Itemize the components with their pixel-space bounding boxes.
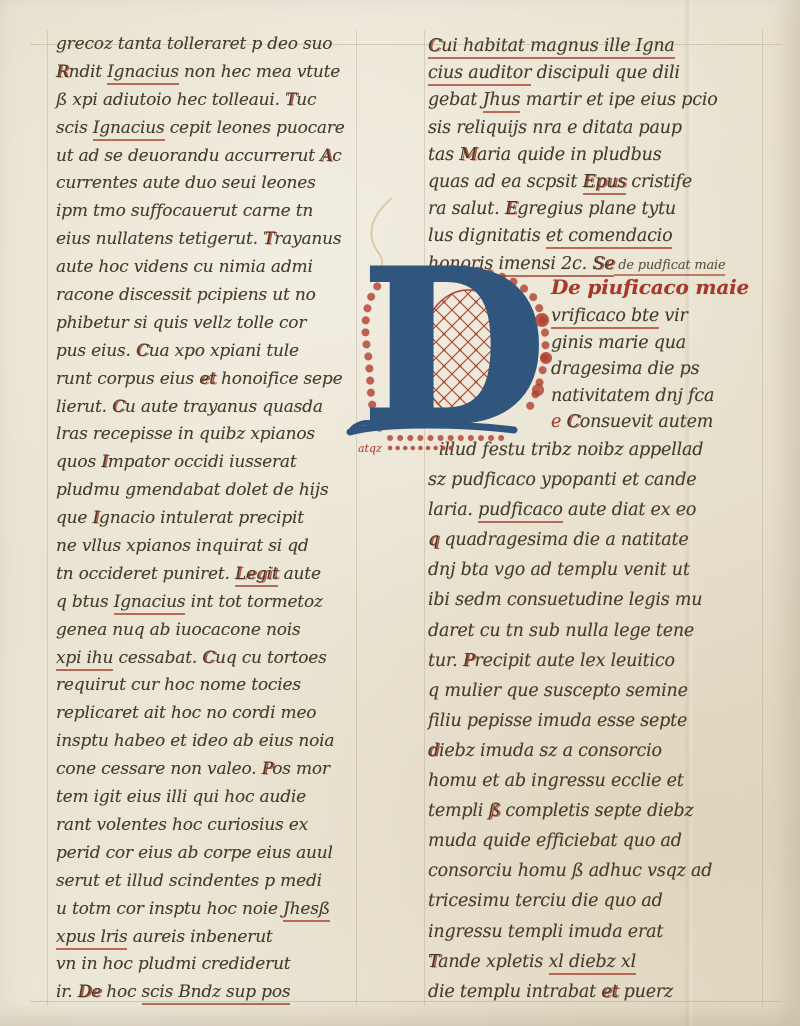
text-segment: lras recepisse in quibz xpianos bbox=[56, 424, 315, 444]
text-segment: uq cu tortoes bbox=[215, 648, 327, 668]
manuscript-line: vn in hoc pludmi crediderut bbox=[56, 954, 358, 982]
manuscript-line: tn occideret puniret. Legit aute bbox=[56, 564, 358, 592]
text-segment: runt corpus eius bbox=[56, 369, 199, 389]
manuscript-line: vrificaco bte vir bbox=[551, 306, 771, 333]
text-segment: E bbox=[505, 199, 518, 219]
manuscript-line: laria. pudficaco aute diat ex eo bbox=[428, 500, 772, 530]
text-segment: ndit bbox=[69, 62, 108, 82]
manuscript-line: runt corpus eius et honoifice sepe bbox=[56, 369, 358, 397]
manuscript-line: die templu intrabat et puerz bbox=[428, 982, 772, 1012]
manuscript-line: Tande xpletis xl diebz xl bbox=[428, 952, 772, 982]
manuscript-line: pus eius. Cua xpo xpiani tule bbox=[56, 341, 358, 369]
text-segment: ut ad se deuorandu accurrerut bbox=[56, 146, 320, 166]
text-segment: ß xpi adiutoio hec tolleaui. bbox=[56, 90, 285, 110]
manuscript-line: currentes aute duo seui leones bbox=[56, 173, 358, 201]
text-segment: aute diat ex eo bbox=[563, 500, 697, 520]
text-segment: honoifice sepe bbox=[216, 369, 343, 389]
text-segment: laria. bbox=[428, 500, 478, 520]
manuscript-line: ingressu templi imuda erat bbox=[428, 922, 772, 952]
ruling-line bbox=[47, 30, 48, 1006]
text-segment: templi bbox=[428, 801, 489, 821]
manuscript-line: replicaret ait hoc no cordi meo bbox=[56, 703, 358, 731]
text-segment: ß bbox=[489, 801, 501, 821]
text-segment: Jhus bbox=[483, 90, 521, 113]
text-segment: requirut cur hoc nome tocies bbox=[56, 675, 301, 695]
manuscript-line: requirut cur hoc nome tocies bbox=[56, 675, 358, 703]
text-segment: die templu intrabat bbox=[428, 982, 601, 1002]
manuscript-line: sis reliquijs nra e ditata paup bbox=[428, 118, 768, 145]
text-segment: et bbox=[601, 982, 618, 1002]
text-segment: ibi sedm consuetudine legis mu bbox=[428, 590, 702, 610]
text-segment: ginis marie qua bbox=[551, 333, 686, 353]
text-segment: Ignacius bbox=[114, 592, 186, 615]
text-segment: grecoz tanta tolleraret p deo suo bbox=[56, 34, 332, 54]
text-segment: gregius plane tytu bbox=[517, 199, 676, 219]
text-segment: Ignacius bbox=[93, 118, 165, 141]
manuscript-line: tem igit eius illi qui hoc audie bbox=[56, 787, 358, 815]
text-segment: De piuficaco maie bbox=[551, 275, 749, 299]
manuscript-line: diebz imuda sz a consorcio bbox=[428, 741, 772, 771]
text-segment: q mulier que suscepto semine bbox=[428, 681, 688, 701]
text-segment: replicaret ait hoc no cordi meo bbox=[56, 703, 316, 723]
text-segment: c bbox=[332, 146, 341, 166]
manuscript-line: daret cu tn sub nulla lege tene bbox=[428, 621, 772, 651]
manuscript-line: serut et illud scindentes p medi bbox=[56, 871, 358, 899]
text-segment: cone cessare non valeo. bbox=[56, 759, 262, 779]
text-segment: quas ad ea scpsit bbox=[428, 172, 583, 192]
text-segment: P bbox=[262, 759, 273, 779]
text-segment: et comendacio bbox=[546, 226, 672, 249]
text-segment: eius nullatens tetigerut. bbox=[56, 229, 263, 249]
text-segment: discipuli que dili bbox=[531, 63, 680, 83]
text-segment: T bbox=[428, 952, 438, 972]
manuscript-line: gebat Jhus martir et ipe eius pcio bbox=[428, 90, 768, 117]
manuscript-line: lierut. Cu aute trayanus quasda bbox=[56, 397, 358, 425]
text-segment: vir bbox=[659, 306, 688, 326]
text-segment: ua xpo xpiani tule bbox=[149, 341, 299, 361]
text-segment: mpator occidi iusserat bbox=[108, 452, 297, 472]
manuscript-line: ir. De hoc scis Bndz sup pos bbox=[56, 982, 358, 1010]
manuscript-line: ipm tmo suffocauerut carne tn bbox=[56, 201, 358, 229]
text-segment: gebat bbox=[428, 90, 483, 110]
text-segment: cius auditor bbox=[428, 63, 531, 86]
text-segment: C bbox=[202, 648, 215, 668]
red-accent bbox=[540, 352, 552, 364]
manuscript-line: templi ß completis septe diebz bbox=[428, 801, 772, 831]
text-segment: vn in hoc pludmi crediderut bbox=[56, 954, 290, 974]
manuscript-line: que Ignacio intulerat precipit bbox=[56, 508, 358, 536]
red-accent bbox=[535, 313, 549, 327]
text-segment: u totm cor insptu hoc noie bbox=[56, 899, 283, 919]
manuscript-line: dragesima die ps bbox=[551, 359, 771, 386]
text-segment: cristife bbox=[626, 172, 692, 192]
manuscript-line: quos Impator occidi iusserat bbox=[56, 452, 358, 480]
text-segment: tur. bbox=[428, 651, 463, 671]
text-segment: ingressu templi imuda erat bbox=[428, 922, 663, 942]
text-segment: ne vllus xpianos inquirat si qd bbox=[56, 536, 309, 556]
text-segment: quos bbox=[56, 452, 101, 472]
text-segment: C bbox=[567, 412, 580, 432]
initial-indent-lines: vrificaco bte virginis marie quadragesim… bbox=[551, 306, 771, 439]
manuscript-line: tricesimu terciu die quo ad bbox=[428, 891, 772, 921]
text-segment: iebz imuda sz a consorcio bbox=[439, 741, 662, 761]
text-segment: aureis inbenerut bbox=[127, 927, 272, 947]
manuscript-line: tas Maria quide in pludbus bbox=[428, 145, 768, 172]
manuscript-line: phibetur si quis vellz tolle cor bbox=[56, 313, 358, 341]
text-segment: pludmu gmendabat dolet de hijs bbox=[56, 480, 328, 500]
text-segment: tem igit eius illi qui hoc audie bbox=[56, 787, 306, 807]
red-accent bbox=[532, 384, 544, 396]
manuscript-line: insptu habeo et ideo ab eius noia bbox=[56, 731, 358, 759]
text-segment: martir et ipe eius pcio bbox=[520, 90, 717, 110]
text-segment: perid cor eius ab corpe eius auul bbox=[56, 843, 333, 863]
text-segment: aute bbox=[278, 564, 320, 584]
manuscript-line: rant volentes hoc curiosius ex bbox=[56, 815, 358, 843]
text-segment: sz pudficaco ypopanti et cande bbox=[428, 470, 696, 490]
text-segment: racone discessit pcipiens ut no bbox=[56, 285, 316, 305]
text-segment: puerz bbox=[618, 982, 673, 1002]
text-segment: T bbox=[263, 229, 274, 249]
illuminated-initial-d: D atqz bbox=[356, 262, 560, 458]
manuscript-line: ibi sedm consuetudine legis mu bbox=[428, 590, 772, 620]
text-segment: daret cu tn sub nulla lege tene bbox=[428, 621, 694, 641]
text-segment: recipit aute lex leuitico bbox=[474, 651, 674, 671]
text-segment: que bbox=[56, 508, 93, 528]
manuscript-line: q btus Ignacius int tot tormetoz bbox=[56, 592, 358, 620]
text-segment: sis reliquijs nra e ditata paup bbox=[428, 118, 682, 138]
text-segment: u aute trayanus quasda bbox=[125, 397, 323, 417]
text-segment: gnacio intulerat precipit bbox=[99, 508, 304, 528]
text-segment: aria quide in pludbus bbox=[477, 145, 662, 165]
text-segment: os mor bbox=[272, 759, 330, 779]
manuscript-line: consorciu homu ß adhuc vsqz ad bbox=[428, 861, 772, 891]
text-segment: muda quide efficiebat quo ad bbox=[428, 831, 682, 851]
text-segment: tas bbox=[428, 145, 459, 165]
text-segment: Ignacius bbox=[107, 62, 179, 85]
text-segment: P bbox=[463, 651, 475, 671]
marginal-pen-note: atqz bbox=[358, 442, 382, 455]
text-segment: Se bbox=[592, 254, 614, 277]
text-segment: de pudficat maie bbox=[614, 258, 725, 276]
text-segment: aute hoc videns cu nimia admi bbox=[56, 257, 313, 277]
text-segment: homu et ab ingressu ecclie et bbox=[428, 771, 684, 791]
right-text-column-body: illud festu tribz noibz appelladsz pudfi… bbox=[428, 440, 772, 1012]
text-segment: xpus lris bbox=[56, 927, 127, 950]
text-segment: cessabat. bbox=[113, 648, 202, 668]
text-segment: nativitatem dnj fca bbox=[551, 386, 714, 406]
manuscript-page: grecoz tanta tolleraret p deo suoRndit I… bbox=[0, 0, 800, 1026]
text-segment: dnj bta vgo ad templu venit ut bbox=[428, 560, 690, 580]
manuscript-line: q mulier que suscepto semine bbox=[428, 681, 772, 711]
text-segment: scis Bndz sup pos bbox=[142, 982, 291, 1005]
manuscript-line: homu et ab ingressu ecclie et bbox=[428, 771, 772, 801]
manuscript-line: perid cor eius ab corpe eius auul bbox=[56, 843, 358, 871]
text-segment: C bbox=[112, 397, 125, 417]
text-segment: De bbox=[78, 982, 101, 1002]
text-segment: C bbox=[428, 36, 441, 59]
text-segment: cepit leones puocare bbox=[165, 118, 345, 138]
text-segment: tricesimu terciu die quo ad bbox=[428, 891, 663, 911]
ruling-line bbox=[424, 30, 425, 1006]
text-segment: phibetur si quis vellz tolle cor bbox=[56, 313, 306, 333]
initial-letter: D bbox=[362, 223, 546, 472]
manuscript-line: scis Ignacius cepit leones puocare bbox=[56, 118, 358, 146]
text-segment: ir. bbox=[56, 982, 78, 1002]
manuscript-line: e Consuevit autem bbox=[551, 412, 771, 439]
rubric-line: De piuficaco maie bbox=[551, 275, 771, 303]
text-segment: quadragesima die a natitate bbox=[444, 530, 688, 550]
manuscript-line: sz pudficaco ypopanti et cande bbox=[428, 470, 772, 500]
chapter-rubric: De piuficaco maie bbox=[551, 275, 771, 303]
text-segment: ui habitat magnus ille Igna bbox=[441, 36, 674, 59]
manuscript-line: tur. Precipit aute lex leuitico bbox=[428, 651, 772, 681]
manuscript-line: nativitatem dnj fca bbox=[551, 386, 771, 413]
manuscript-line: aute hoc videns cu nimia admi bbox=[56, 257, 358, 285]
text-segment: xl diebz xl bbox=[549, 952, 636, 975]
text-segment: M bbox=[459, 145, 477, 165]
manuscript-line: cius auditor discipuli que dili bbox=[428, 63, 768, 90]
text-segment: A bbox=[320, 146, 332, 166]
manuscript-line: xpus lris aureis inbenerut bbox=[56, 927, 358, 955]
text-segment: dragesima die ps bbox=[551, 359, 699, 379]
text-segment: genea nuq ab iuocacone nois bbox=[56, 620, 301, 640]
manuscript-line: grecoz tanta tolleraret p deo suo bbox=[56, 34, 358, 62]
text-segment: filiu pepisse imuda esse septe bbox=[428, 711, 687, 731]
text-segment: ande xpletis bbox=[438, 952, 548, 972]
manuscript-line: q quadragesima die a natitate bbox=[428, 530, 772, 560]
manuscript-line: Rndit Ignacius non hec mea vtute bbox=[56, 62, 358, 90]
text-segment: Legit bbox=[235, 564, 279, 587]
text-segment: currentes aute duo seui leones bbox=[56, 173, 316, 193]
text-segment: rant volentes hoc curiosius ex bbox=[56, 815, 308, 835]
text-segment: d bbox=[428, 741, 439, 761]
manuscript-line: ut ad se deuorandu accurrerut Ac bbox=[56, 146, 358, 174]
text-segment: pudficaco bbox=[478, 500, 563, 523]
manuscript-line: Cui habitat magnus ille Igna bbox=[428, 36, 768, 63]
manuscript-line: quas ad ea scpsit Epus cristife bbox=[428, 172, 768, 199]
text-segment: R bbox=[56, 62, 69, 82]
text-segment: non hec mea vtute bbox=[179, 62, 340, 82]
text-segment: rayanus bbox=[274, 229, 341, 249]
text-segment: ra salut. bbox=[428, 199, 505, 219]
text-segment: C bbox=[136, 341, 149, 361]
text-segment: pus eius. bbox=[56, 341, 136, 361]
manuscript-line: muda quide efficiebat quo ad bbox=[428, 831, 772, 861]
text-segment: completis septe diebz bbox=[500, 801, 694, 821]
manuscript-line: ß xpi adiutoio hec tolleaui. Tuc bbox=[56, 90, 358, 118]
text-segment: q bbox=[428, 530, 444, 550]
manuscript-line: filiu pepisse imuda esse septe bbox=[428, 711, 772, 741]
manuscript-line: dnj bta vgo ad templu venit ut bbox=[428, 560, 772, 590]
text-segment: T bbox=[285, 90, 296, 110]
text-segment: et bbox=[199, 369, 216, 389]
text-segment: vrificaco bte bbox=[551, 306, 659, 329]
text-segment: lierut. bbox=[56, 397, 112, 417]
manuscript-line: ginis marie qua bbox=[551, 333, 771, 360]
text-segment: uc bbox=[296, 90, 316, 110]
manuscript-line: xpi ihu cessabat. Cuq cu tortoes bbox=[56, 648, 358, 676]
text-segment: tn occideret puniret. bbox=[56, 564, 235, 584]
manuscript-line: u totm cor insptu hoc noie Jhesß bbox=[56, 899, 358, 927]
text-segment: xpi ihu bbox=[56, 648, 113, 671]
text-segment: Jhesß bbox=[283, 899, 330, 922]
left-text-column: grecoz tanta tolleraret p deo suoRndit I… bbox=[56, 34, 358, 1010]
text-segment: int tot tormetoz bbox=[185, 592, 322, 612]
text-segment: insptu habeo et ideo ab eius noia bbox=[56, 731, 334, 751]
text-segment: consorciu homu ß adhuc vsqz ad bbox=[428, 861, 712, 881]
manuscript-line: lras recepisse in quibz xpianos bbox=[56, 424, 358, 452]
text-segment: q btus bbox=[56, 592, 114, 612]
manuscript-line: cone cessare non valeo. Pos mor bbox=[56, 759, 358, 787]
text-segment: Epus bbox=[583, 172, 626, 195]
text-segment: serut et illud scindentes p medi bbox=[56, 871, 322, 891]
text-segment: hoc bbox=[101, 982, 142, 1002]
text-segment: onsuevit autem bbox=[580, 412, 713, 432]
manuscript-line: genea nuq ab iuocacone nois bbox=[56, 620, 358, 648]
manuscript-line: eius nullatens tetigerut. Trayanus bbox=[56, 229, 358, 257]
text-segment: scis bbox=[56, 118, 93, 138]
manuscript-line: pludmu gmendabat dolet de hijs bbox=[56, 480, 358, 508]
text-segment: ipm tmo suffocauerut carne tn bbox=[56, 201, 313, 221]
manuscript-line: racone discessit pcipiens ut no bbox=[56, 285, 358, 313]
manuscript-line: ne vllus xpianos inquirat si qd bbox=[56, 536, 358, 564]
